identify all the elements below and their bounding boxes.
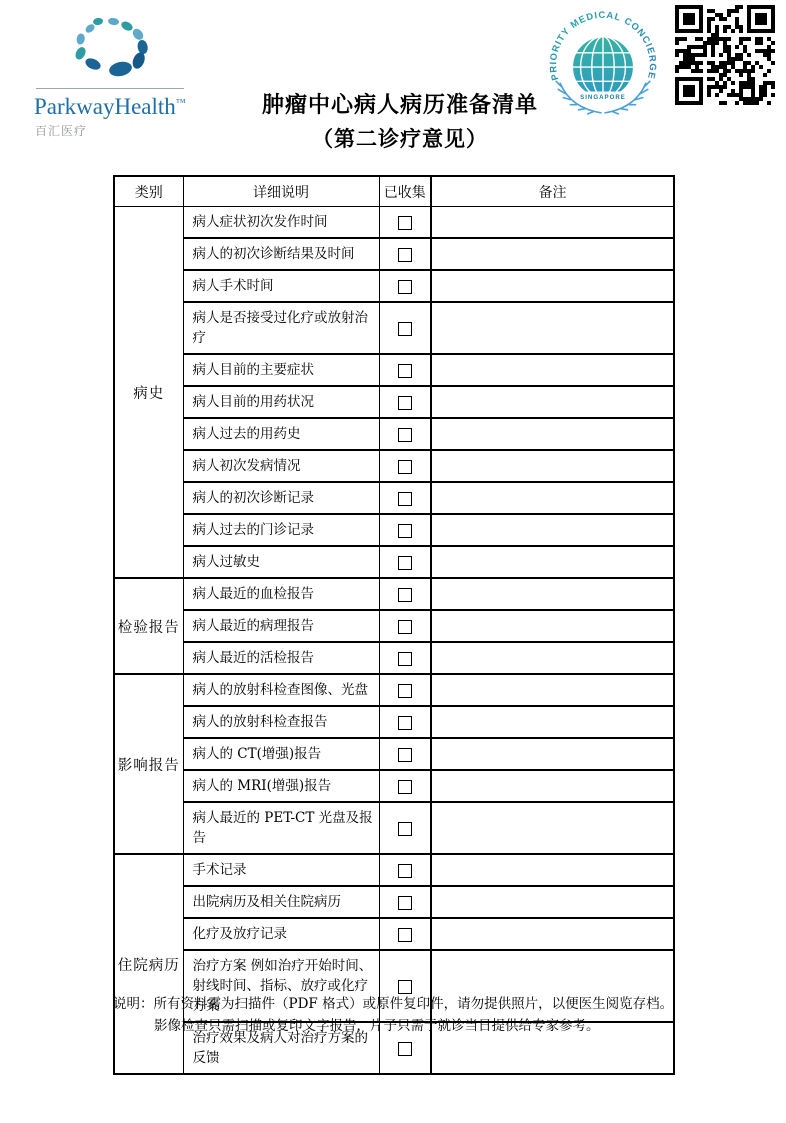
table-row: 检验报告病人最近的血检报告 (114, 578, 674, 610)
qr-code (675, 5, 775, 105)
item-description-cell: 病人的放射科检查图像、光盘 (183, 674, 379, 706)
table-row: 病人最近的 PET-CT 光盘及报告 (114, 802, 674, 854)
remark-cell (431, 354, 674, 386)
item-description-cell: 手术记录 (183, 854, 379, 886)
column-header-4: 备注 (431, 176, 674, 207)
logo-dot (93, 17, 104, 25)
collected-cell (379, 482, 431, 514)
collected-checkbox[interactable] (398, 748, 412, 762)
collected-checkbox[interactable] (398, 588, 412, 602)
remark-cell (431, 770, 674, 802)
footnote-label: 说明： (113, 996, 154, 1012)
collected-cell (379, 802, 431, 854)
collected-checkbox[interactable] (398, 620, 412, 634)
remark-cell (431, 918, 674, 950)
remark-cell (431, 738, 674, 770)
collected-cell (379, 770, 431, 802)
table-row: 病人初次发病情况 (114, 450, 674, 482)
category-cell: 影响报告 (114, 674, 183, 854)
collected-checkbox[interactable] (398, 524, 412, 538)
remark-cell (431, 238, 674, 270)
collected-cell (379, 706, 431, 738)
remark-cell (431, 386, 674, 418)
remark-cell (431, 514, 674, 546)
item-description-cell: 病人最近的血检报告 (183, 578, 379, 610)
logo-dot (107, 18, 119, 27)
item-description-cell: 病人是否接受过化疗或放射治疗 (183, 302, 379, 354)
table-row: 病人的 MRI(增强)报告 (114, 770, 674, 802)
svg-text:SINGAPORE: SINGAPORE (580, 94, 626, 101)
table-row: 住院病历手术记录 (114, 854, 674, 886)
remark-cell (431, 482, 674, 514)
column-header-2: 详细说明 (183, 176, 379, 207)
table-row: 病人的 CT(增强)报告 (114, 738, 674, 770)
collected-checkbox[interactable] (398, 556, 412, 570)
collected-checkbox[interactable] (398, 780, 412, 794)
collected-cell (379, 450, 431, 482)
table-row: 病人最近的活检报告 (114, 642, 674, 674)
remark-cell (431, 270, 674, 302)
collected-cell (379, 207, 431, 239)
collected-cell (379, 418, 431, 450)
collected-cell (379, 514, 431, 546)
table-header-row: 类别详细说明已收集备注 (114, 176, 674, 207)
item-description-cell: 病人的 MRI(增强)报告 (183, 770, 379, 802)
table-row: 化疗及放疗记录 (114, 918, 674, 950)
item-description-cell: 病人最近的活检报告 (183, 642, 379, 674)
collected-checkbox[interactable] (398, 492, 412, 506)
table-row: 出院病历及相关住院病历 (114, 886, 674, 918)
collected-cell (379, 854, 431, 886)
item-description-cell: 病人的放射科检查报告 (183, 706, 379, 738)
collected-cell (379, 610, 431, 642)
brand-name-chinese: 百汇医疗 (35, 122, 87, 139)
remark-cell (431, 418, 674, 450)
collected-checkbox[interactable] (398, 322, 412, 336)
item-description-cell: 病人过敏史 (183, 546, 379, 578)
collected-cell (379, 642, 431, 674)
collected-cell (379, 738, 431, 770)
collected-checkbox[interactable] (398, 896, 412, 910)
collected-cell (379, 302, 431, 354)
table-row: 病人的初次诊断记录 (114, 482, 674, 514)
column-header-3: 已收集 (379, 176, 431, 207)
collected-checkbox[interactable] (398, 716, 412, 730)
collected-checkbox[interactable] (398, 428, 412, 442)
table-row: 病人目前的主要症状 (114, 354, 674, 386)
collected-cell (379, 546, 431, 578)
item-description-cell: 病人的初次诊断结果及时间 (183, 238, 379, 270)
logo-dot (76, 33, 86, 45)
table-row: 病人手术时间 (114, 270, 674, 302)
item-description-cell: 病人过去的用药史 (183, 418, 379, 450)
collected-checkbox[interactable] (398, 864, 412, 878)
collected-checkbox[interactable] (398, 460, 412, 474)
priority-medical-concierge-seal-icon: PRIORITY MEDICAL CONCIERGE SINGAPORE (546, 6, 660, 120)
table-row: 影响报告病人的放射科检查图像、光盘 (114, 674, 674, 706)
table-row: 病人过去的用药史 (114, 418, 674, 450)
collected-cell (379, 386, 431, 418)
remark-cell (431, 802, 674, 854)
logo-dot (131, 51, 148, 71)
collected-checkbox[interactable] (398, 652, 412, 666)
table-row: 病人最近的病理报告 (114, 610, 674, 642)
collected-checkbox[interactable] (398, 980, 412, 994)
table-row: 病人过敏史 (114, 546, 674, 578)
category-cell: 检验报告 (114, 578, 183, 674)
collected-cell (379, 918, 431, 950)
remark-cell (431, 610, 674, 642)
document-page: ParkwayHealth™ 百汇医疗 肿瘤中心病人病历准备清单 （第二诊疗意见… (0, 0, 786, 1123)
brand-name: ParkwayHealth™ (34, 94, 186, 120)
logo-divider (36, 88, 184, 89)
item-description-cell: 病人最近的 PET-CT 光盘及报告 (183, 802, 379, 854)
logo-dot (73, 45, 87, 60)
category-cell: 病史 (114, 207, 183, 579)
collected-checkbox[interactable] (398, 248, 412, 262)
footnote: 说明：所有资料需为扫描件（PDF 格式）或原件复印件，请勿提供照片，以便医生阅览… (113, 993, 679, 1037)
collected-cell (379, 238, 431, 270)
remark-cell (431, 886, 674, 918)
remark-cell (431, 450, 674, 482)
collected-checkbox[interactable] (398, 396, 412, 410)
item-description-cell: 病人的初次诊断记录 (183, 482, 379, 514)
table-row: 病人的放射科检查报告 (114, 706, 674, 738)
item-description-cell: 病人的 CT(增强)报告 (183, 738, 379, 770)
collected-cell (379, 674, 431, 706)
table-row: 病人目前的用药状况 (114, 386, 674, 418)
collected-checkbox[interactable] (398, 928, 412, 942)
category-cell: 住院病历 (114, 854, 183, 1074)
table-row: 病人过去的门诊记录 (114, 514, 674, 546)
logo-dot (84, 56, 103, 72)
remark-cell (431, 642, 674, 674)
remark-cell (431, 302, 674, 354)
item-description-cell: 出院病历及相关住院病历 (183, 886, 379, 918)
item-description-cell: 病人最近的病理报告 (183, 610, 379, 642)
checklist-table: 类别详细说明已收集备注 病史病人症状初次发作时间病人的初次诊断结果及时间病人手术… (113, 175, 675, 1075)
logo-dot (107, 60, 132, 78)
remark-cell (431, 546, 674, 578)
collected-cell (379, 578, 431, 610)
table-row: 病史病人症状初次发作时间 (114, 207, 674, 239)
remark-cell (431, 207, 674, 239)
item-description-cell: 病人目前的主要症状 (183, 354, 379, 386)
collected-cell (379, 270, 431, 302)
item-description-cell: 病人初次发病情况 (183, 450, 379, 482)
collected-checkbox[interactable] (398, 280, 412, 294)
collected-checkbox[interactable] (398, 1042, 412, 1056)
item-description-cell: 化疗及放疗记录 (183, 918, 379, 950)
item-description-cell: 病人手术时间 (183, 270, 379, 302)
remark-cell (431, 854, 674, 886)
table-row: 病人的初次诊断结果及时间 (114, 238, 674, 270)
collected-checkbox[interactable] (398, 364, 412, 378)
collected-checkbox[interactable] (398, 684, 412, 698)
column-header-1: 类别 (114, 176, 183, 207)
footnote-line1: 所有资料需为扫描件（PDF 格式）或原件复印件，请勿提供照片，以便医生阅览存档。 (154, 996, 674, 1012)
title-line2: （第二诊疗意见） (180, 122, 620, 156)
item-description-cell: 病人症状初次发作时间 (183, 207, 379, 239)
remark-cell (431, 706, 674, 738)
item-description-cell: 病人过去的门诊记录 (183, 514, 379, 546)
collected-cell (379, 886, 431, 918)
remark-cell (431, 578, 674, 610)
logo-swirl-icon (36, 8, 186, 82)
table-row: 病人是否接受过化疗或放射治疗 (114, 302, 674, 354)
collected-checkbox[interactable] (398, 216, 412, 230)
item-description-cell: 病人目前的用药状况 (183, 386, 379, 418)
remark-cell (431, 674, 674, 706)
collected-checkbox[interactable] (398, 822, 412, 836)
footnote-line2: 影像检查只需扫描或复印文字报告，片子只需于就诊当日提供给专家参考。 (113, 1015, 679, 1037)
collected-cell (379, 354, 431, 386)
